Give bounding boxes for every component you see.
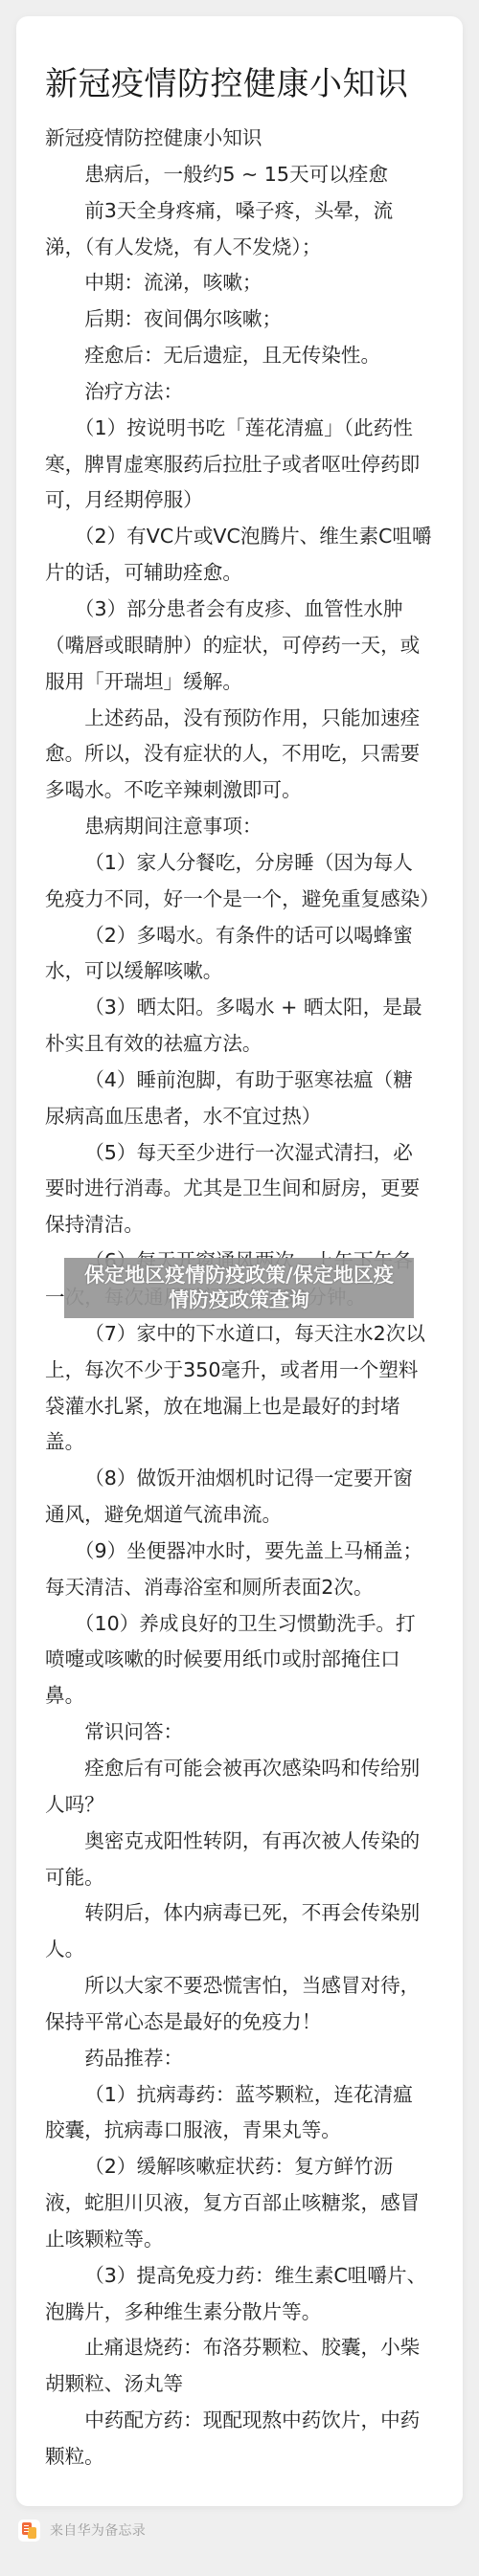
note-paragraph: （2）有VC片或VC泡腾片、维生素C咀嚼片的话，可辅助痊愈。 xyxy=(45,519,432,592)
note-paragraph: 上述药品，没有预防作用，只能加速痊愈。所以，没有症状的人，不用吃，只需要多喝水。… xyxy=(45,701,432,810)
note-paragraph: 常识问答： xyxy=(45,1714,432,1751)
note-paragraph: （2）多喝水。有条件的话可以喝蜂蜜水，可以缓解咳嗽。 xyxy=(45,918,432,991)
note-paragraph: 止痛退烧药：布洛芬颗粒、胶囊，小柴胡颗粒、汤丸等 xyxy=(45,2330,432,2403)
note-paragraph: （3）部分患者会有皮疹、血管性水肿（嘴唇或眼睛肿）的症状，可停药一天，或服用「开… xyxy=(45,592,432,701)
note-title: 新冠疫情防控健康小知识 xyxy=(45,60,409,108)
note-paragraph: （1）抗病毒药：蓝芩颗粒，连花清瘟胶囊，抗病毒口服液，青果丸等。 xyxy=(45,2077,432,2150)
source-label: 来自华为备忘录 xyxy=(50,2520,146,2540)
note-paragraph: 药品推荐： xyxy=(45,2041,432,2077)
note-paragraph: （4）睡前泡脚，有助于驱寒祛瘟（糖尿病高血压患者，水不宜过热） xyxy=(45,1063,432,1135)
banner-line-2: 情防疫政策查询 xyxy=(64,1288,414,1312)
note-paragraph: （10）养成良好的卫生习惯勤洗手。打喷嚏或咳嗽的时候要用纸巾或肘部掩住口鼻。 xyxy=(45,1606,432,1715)
note-paragraph: 前3天全身疼痛，嗓子疼，头晕，流涕，（有人发烧，有人不发烧）； xyxy=(45,193,432,266)
overlay-title-banner: 保定地区疫情防疫政策/保定地区疫 情防疫政策查询 xyxy=(64,1258,414,1318)
note-paragraph: 痊愈后：无后遗症，且无传染性。 xyxy=(45,338,432,374)
note-paragraph: （2）缓解咳嗽症状药：复方鲜竹沥液，蛇胆川贝液，复方百部止咳糖浆，感冒止咳颗粒等… xyxy=(45,2149,432,2258)
note-paragraph: （1）家人分餐吃，分房睡（因为每人免疫力不同，好一个是一个，避免重复感染） xyxy=(45,845,432,918)
note-paragraph: （8）做饭开油烟机时记得一定要开窗通风，避免烟道气流串流。 xyxy=(45,1461,432,1534)
note-paragraph: （1）按说明书吃「莲花清瘟」（此药性寒，脾胃虚寒服药后拉肚子或者呕吐停药即可，月… xyxy=(45,411,432,520)
note-paragraph: 患病期间注意事项： xyxy=(45,809,432,845)
note-paragraph: 中药配方药：现配现熬中药饮片，中药颗粒。 xyxy=(45,2403,432,2475)
note-paragraph: 患病后，一般约5 ~ 15天可以痊愈 xyxy=(45,157,432,193)
source-footer: 来自华为备忘录 xyxy=(18,2519,146,2542)
note-paragraph: 中期：流涕，咳嗽； xyxy=(45,265,432,302)
note-paragraph: 痊愈后有可能会被再次感染吗和传给别人吗？ xyxy=(45,1751,432,1824)
banner-line-1: 保定地区疫情防疫政策/保定地区疫 xyxy=(64,1263,414,1288)
note-paragraph: （3）晒太阳。多喝水 + 晒太阳，是最朴实且有效的祛瘟方法。 xyxy=(45,990,432,1063)
note-paragraph: 所以大家不要恐慌害怕，当感冒对待，保持平常心态是最好的免疫力！ xyxy=(45,1968,432,2041)
huawei-notes-icon xyxy=(18,2520,40,2542)
note-paragraph: 转阴后，体内病毒已死，不再会传染别人。 xyxy=(45,1895,432,1968)
note-paragraph: （3）提高免疫力药：维生素C咀嚼片、泡腾片，多种维生素分散片等。 xyxy=(45,2258,432,2331)
note-paragraph: （9）坐便器冲水时，要先盖上马桶盖；每天清洁、消毒浴室和厕所表面2次。 xyxy=(45,1534,432,1606)
note-paragraph: 后期：夜间偶尔咳嗽； xyxy=(45,302,432,338)
note-paragraph: 奥密克戎阳性转阴，有再次被人传染的可能。 xyxy=(45,1824,432,1896)
note-paragraph: （7）家中的下水道口，每天注水2次以上，每次不少于350毫升，或者用一个塑料袋灌… xyxy=(45,1316,432,1461)
note-paragraph: 新冠疫情防控健康小知识 xyxy=(45,121,432,157)
note-paragraph: （5）每天至少进行一次湿式清扫，必要时进行消毒。尤其是卫生间和厨房，更要保持清洁… xyxy=(45,1135,432,1244)
note-paragraph: 治疗方法： xyxy=(45,374,432,411)
